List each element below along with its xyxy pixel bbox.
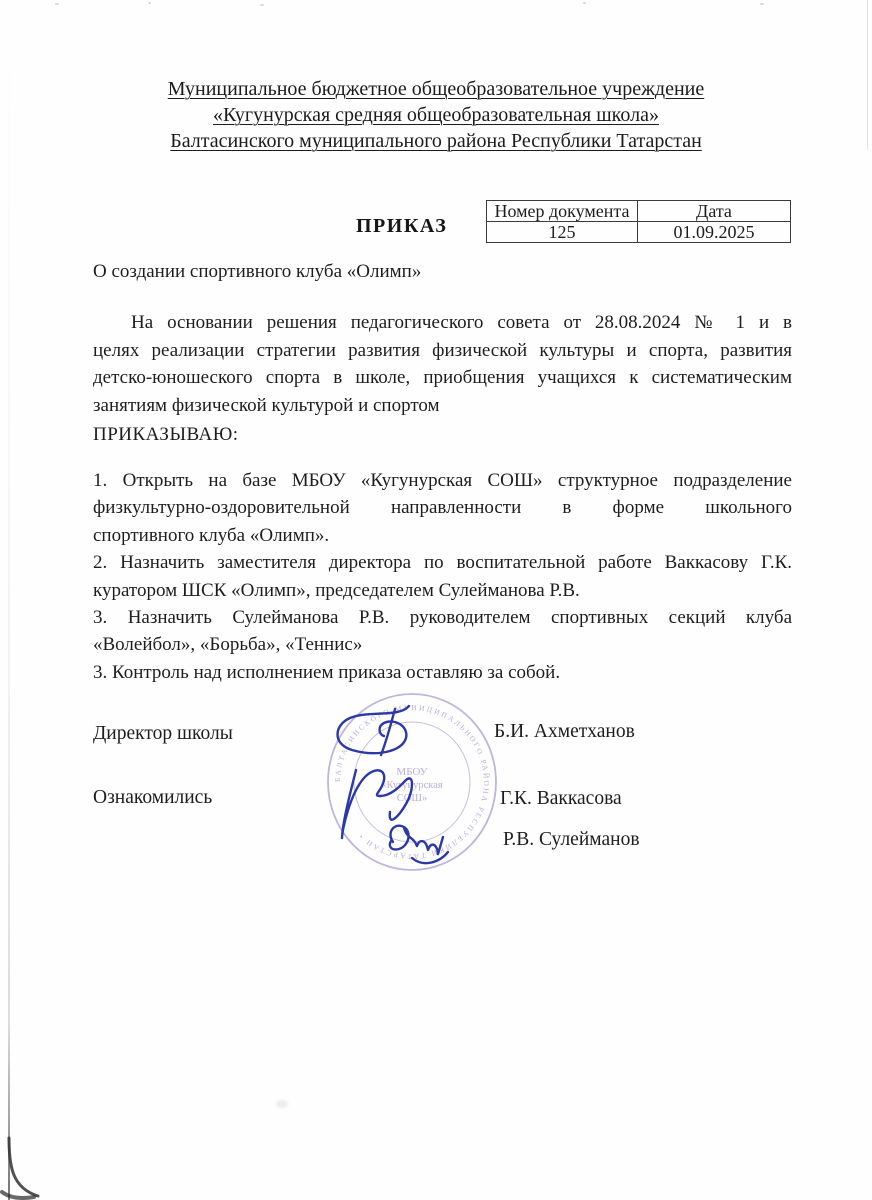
text-line: 2. Назначить заместителя директора по во… xyxy=(93,549,792,576)
scan-edge-line-right xyxy=(867,0,868,150)
director-label: Директор школы xyxy=(93,723,233,745)
signature-ink-director xyxy=(338,706,410,755)
scan-speck xyxy=(55,3,59,5)
header-line-2: «Кугунурская средняя общеобразовательная… xyxy=(0,102,872,128)
order-title: ПРИКАЗ xyxy=(356,215,447,238)
doc-number-header: Номер документа xyxy=(487,201,638,222)
scanned-order-document: Муниципальное бюджетное общеобразователь… xyxy=(0,0,872,1200)
scan-smudge xyxy=(276,1100,288,1108)
doc-info-table: Номер документа Дата 125 01.09.2025 xyxy=(486,200,791,243)
text-line: «Волейбол», «Борьба», «Теннис» xyxy=(93,631,792,658)
doc-date-value: 01.09.2025 xyxy=(638,222,791,243)
scan-speck xyxy=(583,2,586,4)
header-line-3: Балтасинского муниципального района Респ… xyxy=(0,128,872,154)
header-line-1: Муниципальное бюджетное общеобразователь… xyxy=(0,76,872,102)
text-line: На основании решения педагогического сов… xyxy=(93,309,792,337)
text-line: физкультурно-оздоровительной направленно… xyxy=(93,494,792,521)
stamp-and-signatures: БАЛТАСИНСКОГО МУНИЦИПАЛЬНОГО РАЙОНА РЕСП… xyxy=(296,660,536,900)
scan-edge-line xyxy=(8,40,10,1200)
subject-line: О создании спортивного клуба «Олимп» xyxy=(93,261,421,283)
text-line: 1. Открыть на базе МБОУ «Кугунурская СОШ… xyxy=(93,467,792,494)
text-line: детско-юношеского спорта в школе, приобщ… xyxy=(93,364,792,392)
text-line: спортивного клуба «Олимп». xyxy=(93,522,792,549)
document-header: Муниципальное бюджетное общеобразователь… xyxy=(0,76,872,154)
stamp-center-line-1: МБОУ xyxy=(396,766,427,778)
stamp-center-line-3: СОШ» xyxy=(397,793,427,804)
scan-speck xyxy=(260,4,264,6)
order-items: 1. Открыть на базе МБОУ «Кугунурская СОШ… xyxy=(93,467,792,686)
text-line: 3. Назначить Сулейманова Р.В. руководите… xyxy=(93,604,792,631)
table-value-row: 125 01.09.2025 xyxy=(487,222,791,243)
text-line: занятиям физической культурой и спортом xyxy=(93,392,792,420)
table-header-row: Номер документа Дата xyxy=(487,201,791,222)
preamble-paragraph: На основании решения педагогического сов… xyxy=(93,309,792,419)
resolve-heading: ПРИКАЗЫВАЮ: xyxy=(93,424,239,446)
scan-speck xyxy=(760,3,764,5)
scan-speck xyxy=(148,2,151,4)
text-line: целях реализации стратегии развития физи… xyxy=(93,337,792,365)
doc-date-header: Дата xyxy=(638,201,791,222)
page-curl-mark xyxy=(0,1136,46,1200)
doc-number-value: 125 xyxy=(487,222,638,243)
text-line: куратором ШСК «Олимп», председателем Сул… xyxy=(93,577,792,604)
school-stamp: БАЛТАСИНСКОГО МУНИЦИПАЛЬНОГО РАЙОНА РЕСП… xyxy=(296,660,536,900)
acknowledged-label: Ознакомились xyxy=(93,787,212,809)
